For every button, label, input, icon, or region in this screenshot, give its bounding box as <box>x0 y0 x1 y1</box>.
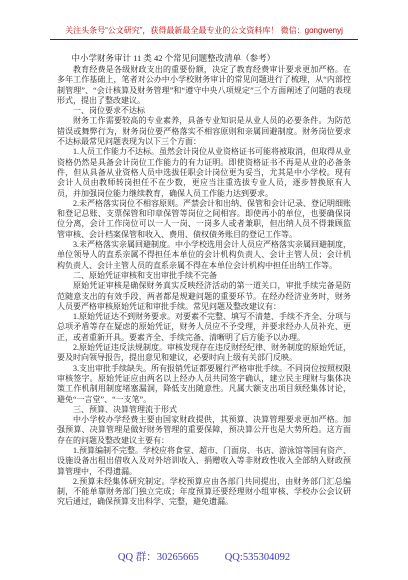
document-body: 教育经费是各级财政支出的重要份额，决定了教育经费审计要求更加严格。在多年工作基础… <box>57 65 351 508</box>
promo-header-text: 关注头条号“公文研究”，获得最新最全最专业的公文资料库！ 微信：gongweny… <box>65 26 343 35</box>
section-heading: 三、预算、决算管理流于形式 <box>57 405 351 415</box>
paragraph: 教育经费是各级财政支出的重要份额，决定了教育经费审计要求更加严格。在多年工作基础… <box>57 65 351 106</box>
qq-label: QQ: <box>225 552 243 563</box>
section-heading: 二、原始凭证审核和支出审批手续不完备 <box>57 271 351 281</box>
paragraph: 3.支出审批手续缺失。所有报销凭证都要履行严格审批手续。不同岗位按照权限审核签字… <box>57 364 351 405</box>
paragraph: 3.未严格落实亲属回避制度。中小学校选用会计人员应严格落实亲属回避制度，单位领导… <box>57 240 351 271</box>
section-heading: 一、岗位要求不达标 <box>57 106 351 116</box>
qq-group-number: 30265665 <box>157 552 199 563</box>
paragraph: 2.未严格落实岗位不相容原则。严禁会计和出纳、保管和会计记录、登记明细账和登记总… <box>57 199 351 240</box>
paragraph: 1.原始凭证达不到财务要求。对要素不完整、填写不清楚、手续不齐全、分项与总项矛盾… <box>57 312 351 343</box>
qq-contact: QQ:535304092 <box>225 552 290 563</box>
paragraph: 原始凭证审核是确保财务真实反映经济活动的第一道关口，审批手续完备是防范随意支出的… <box>57 281 351 312</box>
paragraph: 2.预算未经集体研究制定。学校预算应由各部门共同提出，由财务部门汇总编制，不能单… <box>57 477 351 508</box>
page-title: 中小学财务审计 11 类 42 个常见问题整改清单（参考） <box>57 53 351 64</box>
paragraph: 中小学校办学经费主要由国家财政提供，其预算、决算管理要求更加严格。加强预算、决算… <box>57 415 351 446</box>
paragraph: 1.预算编制不完整。学校应将食堂、超市、门面房、书店、游泳馆等国有资产、设施设备… <box>57 446 351 477</box>
footer-contact: QQ 群：30265665QQ:535304092 <box>0 549 408 564</box>
document-page: 关注头条号“公文研究”，获得最新最全最专业的公文资料库！ 微信：gongweny… <box>0 0 408 580</box>
qq-group: QQ 群：30265665 <box>118 552 199 563</box>
promo-header: 关注头条号“公文研究”，获得最新最全最专业的公文资料库！ 微信：gongweny… <box>50 26 358 40</box>
paragraph: 2.原始凭证违反法规制度。审核发现存在违反财经纪律、财务制度的原始凭证，要及时向… <box>57 343 351 364</box>
qq-number: 535304092 <box>243 552 290 563</box>
qq-group-label: QQ 群： <box>118 552 157 563</box>
paragraph: 1.人员工作能力不达标。虽然会计岗位从业资格证书可能将被取消，但取得从业资格仍然… <box>57 147 351 198</box>
paragraph: 财务工作需要较高的专业素养，具备专业知识是从业人员的必要条件。为防范错误或舞弊行… <box>57 116 351 147</box>
